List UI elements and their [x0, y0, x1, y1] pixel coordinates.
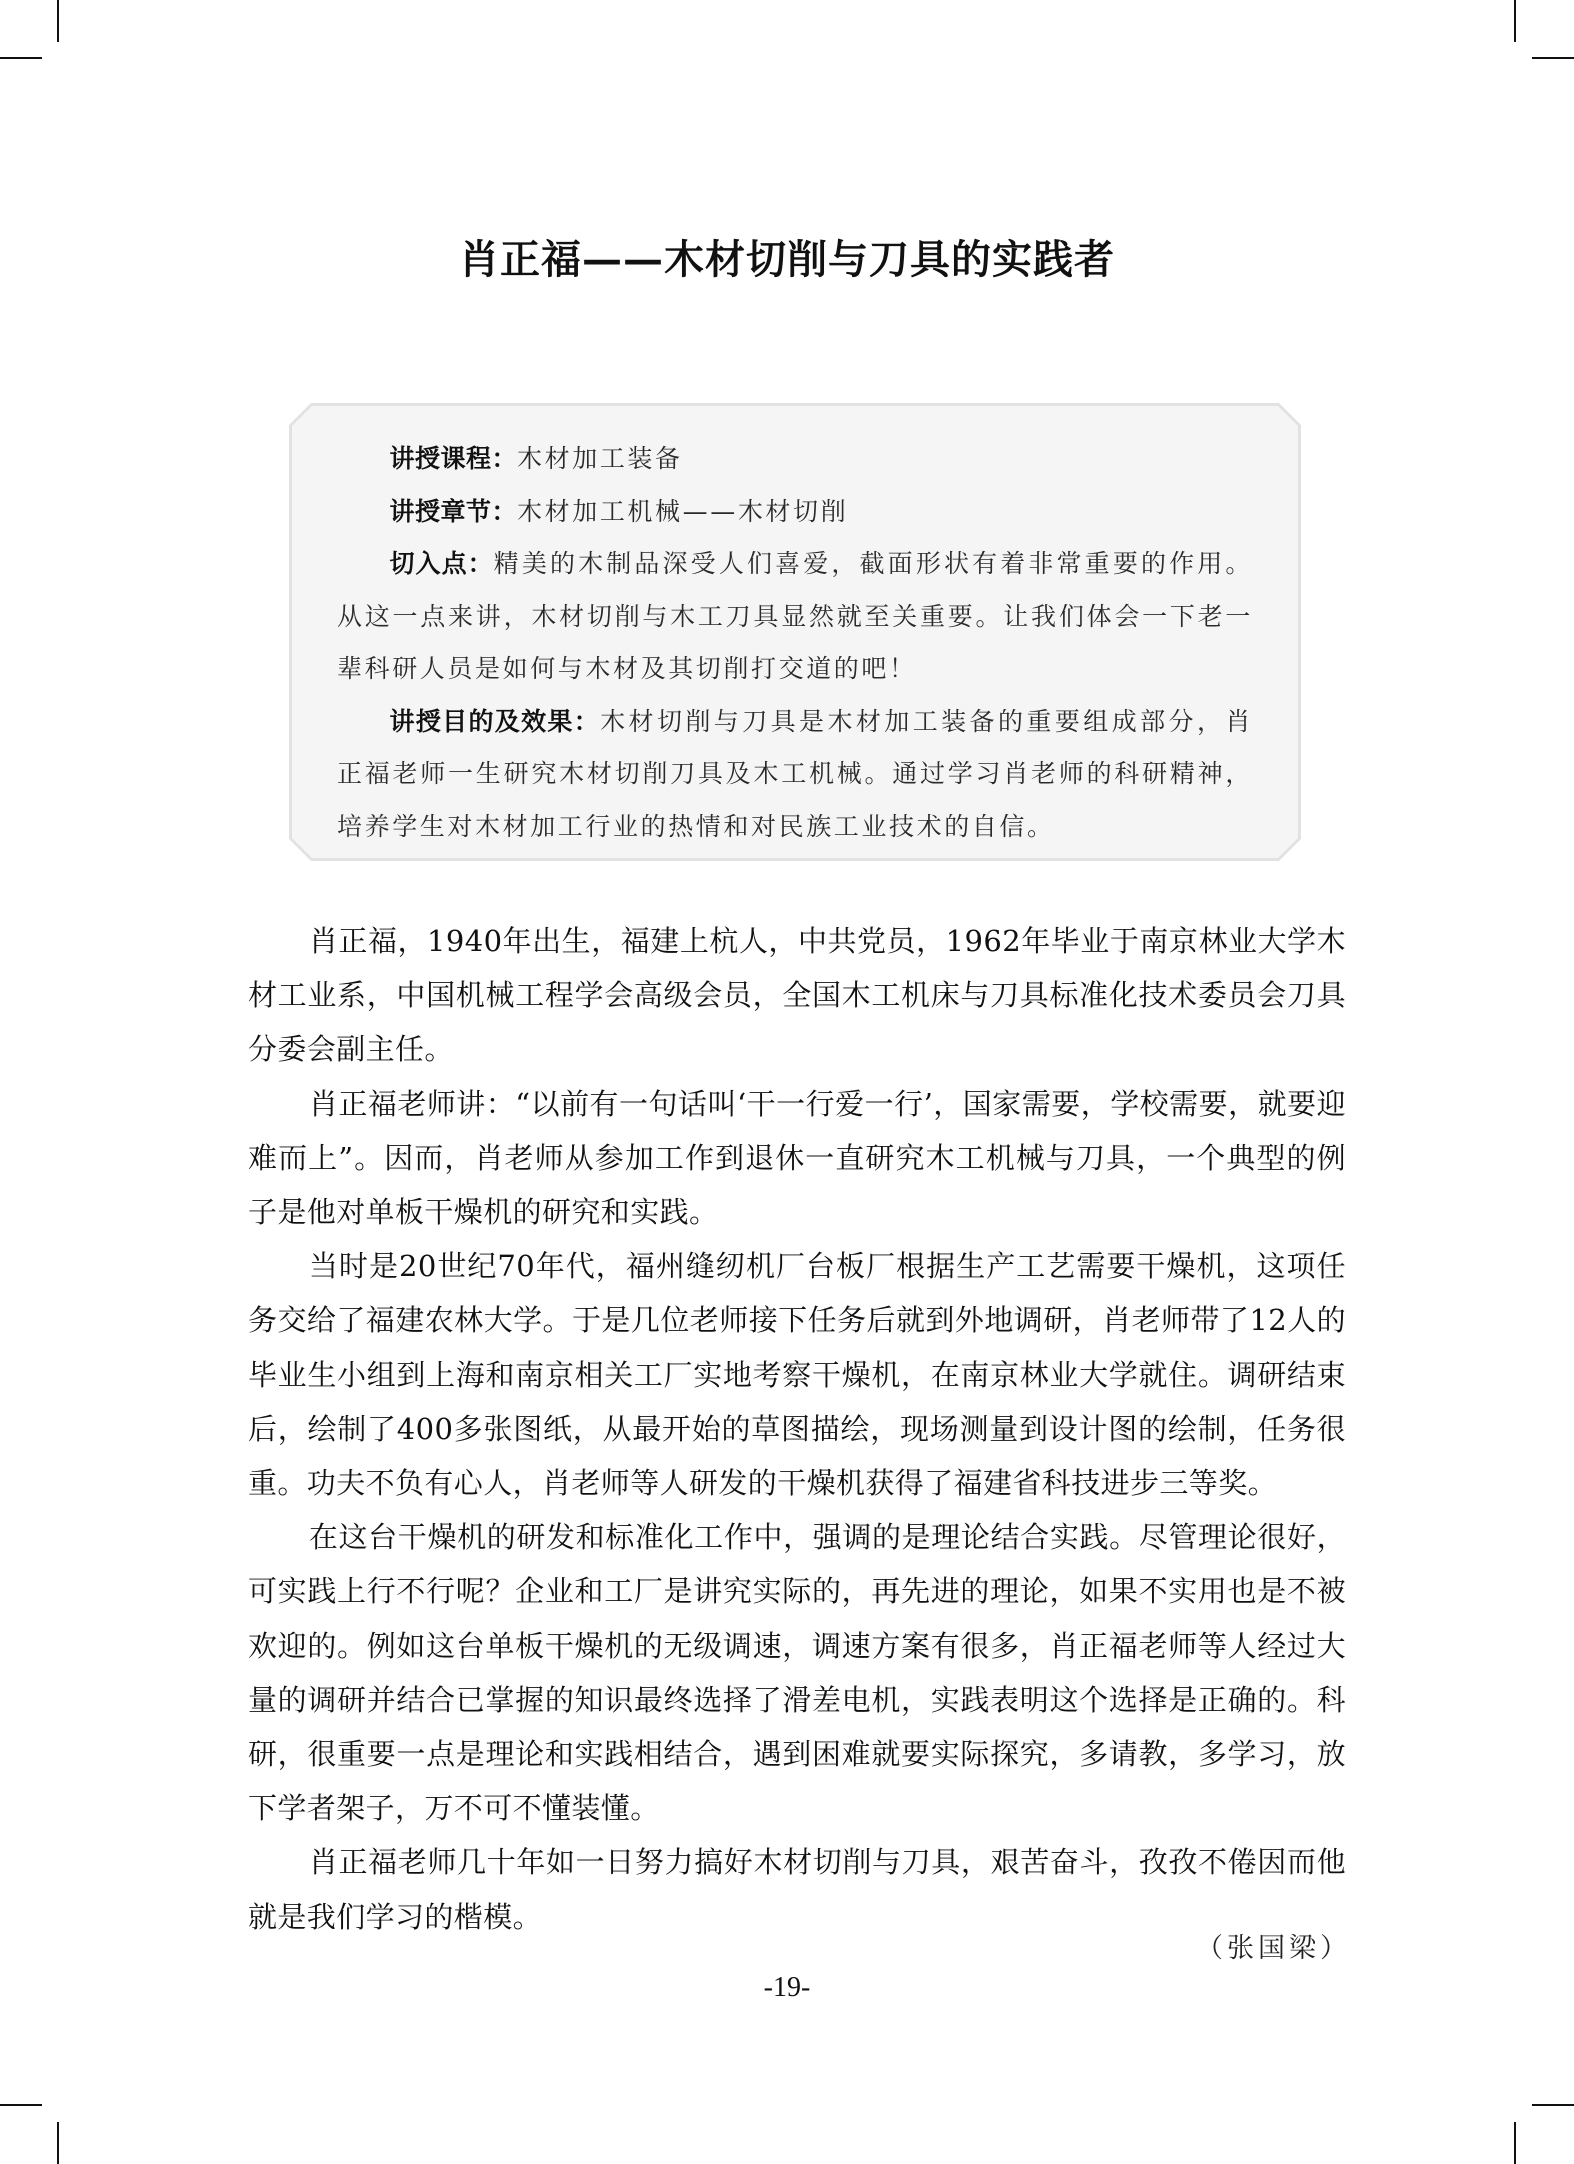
teaching-info-content: 讲授课程：木材加工装备 讲授章节：木材加工机械——木材切削 切入点：精美的木制品… — [337, 433, 1253, 853]
crop-mark-top-left-vertical — [57, 0, 59, 42]
chapter-value: 木材加工机械——木材切削 — [517, 497, 848, 526]
entry-point-label: 切入点： — [390, 549, 494, 578]
entry-point-line: 切入点：精美的木制品深受人们喜爱，截面形状有着非常重要的作用。从这一点来讲，木材… — [337, 538, 1253, 696]
course-line: 讲授课程：木材加工装备 — [337, 433, 1253, 486]
objective-label: 讲授目的及效果： — [390, 707, 601, 736]
crop-mark-bottom-left-vertical — [57, 2122, 59, 2164]
body-paragraph: 在这台干燥机的研发和标准化工作中，强调的是理论结合实践。尽管理论很好，可实践上行… — [248, 1510, 1346, 1835]
crop-mark-bottom-left-horizontal — [0, 2104, 42, 2106]
crop-mark-top-right-vertical — [1514, 0, 1516, 42]
crop-mark-bottom-right-vertical — [1514, 2122, 1516, 2164]
course-label: 讲授课程： — [390, 444, 518, 473]
body-paragraph: 肖正福老师几十年如一日努力搞好木材切削与刀具，艰苦奋斗，孜孜不倦因而他就是我们学… — [248, 1835, 1346, 1943]
chapter-label: 讲授章节： — [390, 497, 518, 526]
page-title: 肖正福——木材切削与刀具的实践者 — [0, 232, 1574, 288]
body-paragraph: 当时是20世纪70年代，福州缝纫机厂台板厂根据生产工艺需要干燥机，这项任务交给了… — [248, 1239, 1346, 1510]
article-body: 肖正福，1940年出生，福建上杭人，中共党员，1962年毕业于南京林业大学木材工… — [248, 914, 1346, 1944]
objective-line: 讲授目的及效果：木材切削与刀具是木材加工装备的重要组成部分，肖正福老师一生研究木… — [337, 696, 1253, 854]
crop-mark-bottom-right-horizontal — [1532, 2104, 1574, 2106]
body-paragraph: 肖正福，1940年出生，福建上杭人，中共党员，1962年毕业于南京林业大学木材工… — [248, 914, 1346, 1077]
crop-mark-top-right-horizontal — [1532, 57, 1574, 59]
course-value: 木材加工装备 — [517, 444, 683, 473]
crop-mark-top-left-horizontal — [0, 57, 42, 59]
author-credit: （张国梁） — [1196, 1926, 1346, 1965]
teaching-info-box: 讲授课程：木材加工装备 讲授章节：木材加工机械——木材切削 切入点：精美的木制品… — [289, 403, 1301, 861]
chapter-line: 讲授章节：木材加工机械——木材切削 — [337, 486, 1253, 539]
body-paragraph: 肖正福老师讲：“以前有一句话叫‘干一行爱一行’，国家需要，学校需要，就要迎难而上… — [248, 1077, 1346, 1240]
page-number: -19- — [0, 1972, 1574, 2004]
